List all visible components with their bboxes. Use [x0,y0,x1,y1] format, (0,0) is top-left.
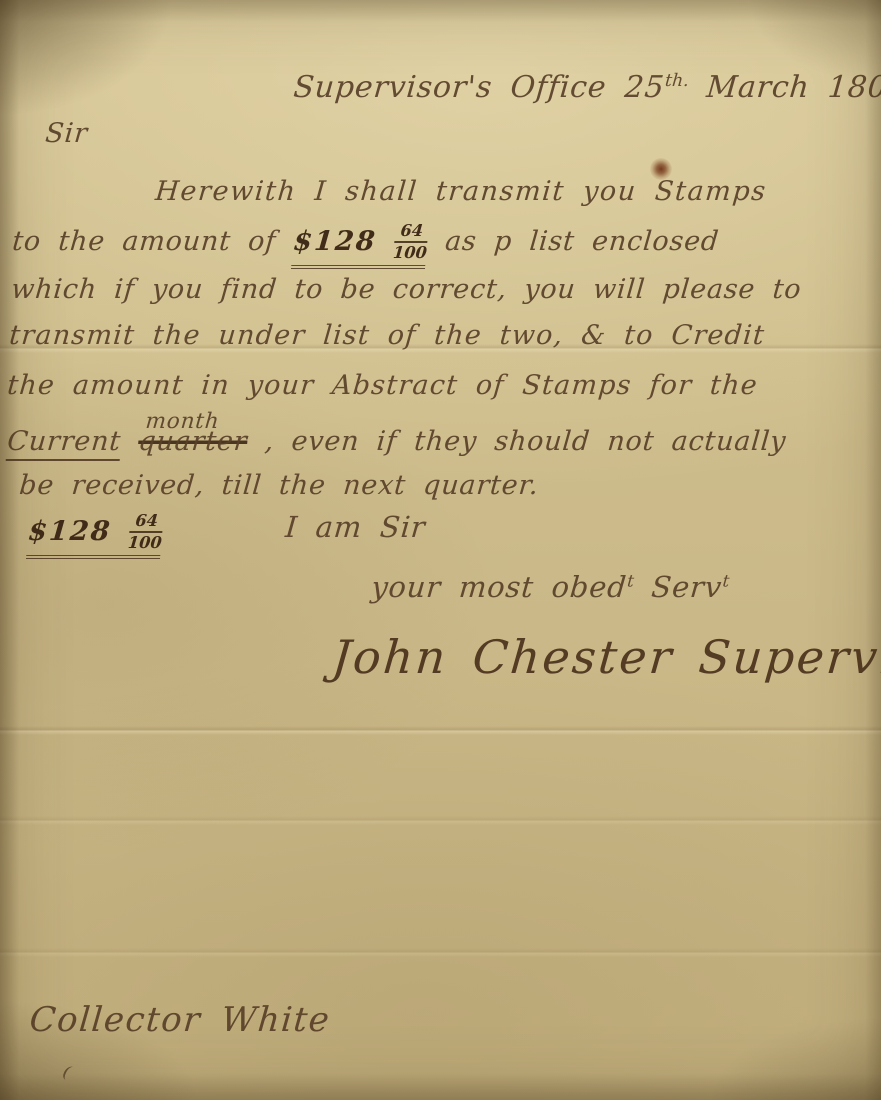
dateline-month-year: March 1801. [705,70,881,105]
body-line-7: be received, till the next quarter. [18,470,540,501]
margin-total-fraction: 64100 [127,512,164,552]
dateline-place: Supervisor's Office [292,70,608,105]
valediction-part1: your most obed [370,570,628,604]
dateline-day-suffix: th. [664,71,689,91]
margin-total-denominator: 100 [127,533,162,552]
amount-dollars: $128 [292,226,378,257]
amount-fraction-numerator: 64 [394,222,430,243]
amount-fraction: 64100 [392,222,429,262]
dateline: Supervisor's Office 25th. March 1801. [292,70,881,105]
body-line-2: to the amount of $128 64100 as p list en… [10,222,721,269]
signature: John Chester Supervisor [330,630,881,684]
body-line-4: transmit the under list of the two, & to… [8,320,766,351]
body-line-5: the amount in your Abstract of Stamps fo… [6,370,759,401]
body-line-1: Herewith I shall transmit you Stamps [154,176,768,207]
amount-fraction-denominator: 100 [392,243,427,262]
body-line-6: Current month quarter , even if they sho… [6,426,788,457]
valediction-superscript-2: t [722,570,731,590]
valediction-superscript-1: t [626,570,635,590]
fold-crease [0,816,881,825]
underlined-word-current: Current [6,426,123,461]
body-line-3: which if you find to be correct, you wil… [10,274,803,305]
margin-total-underline: $128 64100 [26,512,164,559]
salutation: Sir [44,118,89,149]
body-line-2-suffix: as p list enclosed [444,226,721,257]
correction-group: month quarter [137,426,266,457]
body-line-6-rest: , even if they should not actually [263,426,787,457]
valediction-part2: Serv [650,570,723,604]
corner-ink-mark [61,1064,77,1082]
body-line-2-prefix: to the amount of [11,226,277,257]
addressee: Collector White [28,1000,332,1040]
dateline-day: 25 [623,70,666,105]
margin-total: $128 64100 [26,512,164,559]
fold-crease [0,726,881,735]
margin-total-numerator: 64 [129,512,165,533]
fold-crease [0,948,881,957]
closing-i-am-sir: I am Sir [284,510,427,544]
amount-inline: $128 64100 [291,222,429,269]
inserted-word-month: month [145,409,221,434]
letter-page: Supervisor's Office 25th. March 1801. Si… [0,0,881,1100]
margin-total-dollars: $128 [27,516,113,547]
valediction: your most obedt Servt [370,570,730,604]
